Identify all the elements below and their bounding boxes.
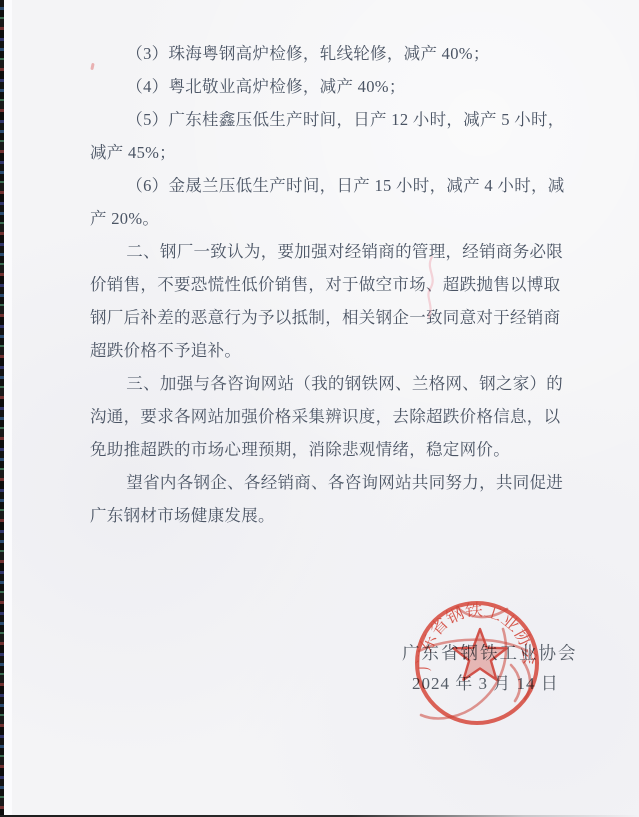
- document-line: 望省内各钢企、各经销商、各咨询网站共同努力，共同促进: [90, 466, 560, 499]
- document-line: 钢厂后补差的恶意行为予以抵制，相关钢企一致同意对于经销商: [90, 301, 560, 334]
- document-line: 价销售，不要恐慌性低价销售，对于做空市场、超跌抛售以博取: [90, 268, 560, 301]
- scanned-document-page: （3）珠海粤钢高炉检修，轧线轮修，减产 40%；（4）粤北敬业高炉检修，减产 4…: [0, 0, 639, 817]
- document-line: （6）金晟兰压低生产时间，日产 15 小时，减产 4 小时，减: [90, 169, 560, 202]
- document-line: 二、钢厂一致认为，要加强对经销商的管理，经销商务必限: [90, 235, 560, 268]
- document-line: 超跌价格不予追补。: [90, 334, 560, 367]
- scan-left-edge-highlight: [4, 0, 12, 817]
- paragraph: （6）金晟兰压低生产时间，日产 15 小时，减产 4 小时，减产 20%。: [90, 169, 560, 235]
- document-line: 减产 45%；: [90, 136, 560, 169]
- official-seal: 广东省钢铁工业协会: [406, 592, 548, 734]
- paragraph: 三、加强与各咨询网站（我的钢铁网、兰格网、钢之家）的沟通，要求各网站加强价格采集…: [90, 367, 560, 466]
- pink-scan-artifact: [420, 255, 446, 319]
- document-line: 三、加强与各咨询网站（我的钢铁网、兰格网、钢之家）的: [90, 367, 560, 400]
- document-line: （4）粤北敬业高炉检修，减产 40%；: [90, 70, 560, 103]
- paragraph: （4）粤北敬业高炉检修，减产 40%；: [90, 70, 560, 103]
- paragraph: 望省内各钢企、各经销商、各咨询网站共同努力，共同促进广东钢材市场健康发展。: [90, 466, 560, 532]
- document-line: 广东钢材市场健康发展。: [90, 499, 560, 532]
- document-line: （3）珠海粤钢高炉检修，轧线轮修，减产 40%；: [90, 37, 560, 70]
- paragraph: 二、钢厂一致认为，要加强对经销商的管理，经销商务必限价销售，不要恐慌性低价销售，…: [90, 235, 560, 367]
- seal-star-icon: [453, 629, 506, 680]
- paragraph: （5）广东桂鑫压低生产时间，日产 12 小时，减产 5 小时，减产 45%；: [90, 103, 560, 169]
- document-line: 免助推超跌的市场心理预期，消除悲观情绪，稳定网价。: [90, 433, 560, 466]
- document-body: （3）珠海粤钢高炉检修，轧线轮修，减产 40%；（4）粤北敬业高炉检修，减产 4…: [90, 37, 560, 532]
- document-line: 产 20%。: [90, 202, 560, 235]
- document-line: 沟通，要求各网站加强价格采集辨识度，去除超跌价格信息，以: [90, 400, 560, 433]
- document-line: （5）广东桂鑫压低生产时间，日产 12 小时，减产 5 小时，: [90, 103, 560, 136]
- paragraph: （3）珠海粤钢高炉检修，轧线轮修，减产 40%；: [90, 37, 560, 70]
